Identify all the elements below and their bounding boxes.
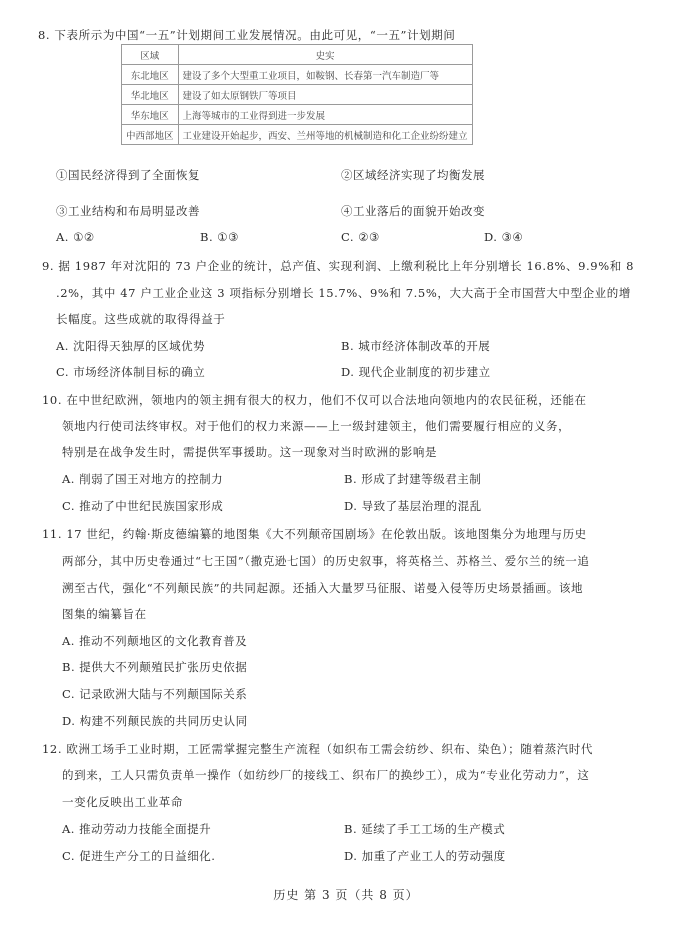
q10-option-c[interactable]: C. 推动了中世纪民族国家形成 [62,498,223,514]
table-cell-region: 华北地区 [122,85,179,105]
q11-option-d[interactable]: D. 构建不列颠民族的共同历史认同 [62,713,248,729]
page-footer: 历史 第 3 页（共 8 页） [0,886,692,903]
q8-statement-2: ②区域经济实现了均衡发展 [341,167,485,183]
q8-stem: 8. 下表所示为中国“一五”计划期间工业发展情况。由此可见，“一五”计划期间 [38,27,455,43]
q11-option-c[interactable]: C. 记录欧洲大陆与不列颠国际关系 [62,686,247,702]
q8-option-c[interactable]: C. ②③ [341,230,380,244]
q9-stem-line-2: .2%，其中 47 户工业企业这 3 项指标分别增长 15.7%、9%和 7.5… [56,285,631,301]
q12-stem-line-3: 一变化反映出工业革命 [62,794,183,810]
table-row: 华北地区 建设了如太原钢铁厂等项目 [122,85,473,105]
q10-option-a[interactable]: A. 削弱了国王对地方的控制力 [62,471,223,487]
q11-stem-line-1: 11. 17 世纪，约翰·斯皮德编纂的地图集《大不列颠帝国剧场》在伦敦出版。该地… [42,526,587,542]
q10-option-d[interactable]: D. 导致了基层治理的混乱 [344,498,482,514]
q8-statement-3: ③工业结构和布局明显改善 [56,203,200,219]
q10-stem-line-3: 特别是在战争发生时，需提供军事援助。这一现象对当时欧洲的影响是 [62,444,437,460]
q10-stem-line-2: 领地内行使司法终审权。对于他们的权力来源——上一级封建领主，他们需要履行相应的义… [62,418,570,434]
q12-option-d[interactable]: D. 加重了产业工人的劳动强度 [344,848,506,864]
q9-option-d[interactable]: D. 现代企业制度的初步建立 [341,364,491,380]
table-cell-region: 中西部地区 [122,125,179,145]
q11-stem-line-4: 图集的编纂旨在 [62,606,147,622]
q12-option-b[interactable]: B. 延续了手工工场的生产模式 [344,821,505,837]
table-row: 华东地区 上海等城市的工业得到进一步发展 [122,105,473,125]
q8-facts-table: 区域 史实 东北地区 建设了多个大型重工业项目，如鞍钢、长春第一汽车制造厂等 华… [121,44,473,145]
table-header-region: 区域 [122,45,179,65]
table-row: 中西部地区 工业建设开始起步，西安、兰州等地的机械制造和化工企业纷纷建立 [122,125,473,145]
table-cell-fact: 建设了多个大型重工业项目，如鞍钢、长春第一汽车制造厂等 [178,65,472,85]
q8-option-d[interactable]: D. ③④ [484,230,523,244]
q12-stem-line-2: 的到来，工人只需负责单一操作（如纺纱厂的接线工、织布厂的换纱工），成为“专业化劳… [62,767,590,783]
table-row: 东北地区 建设了多个大型重工业项目，如鞍钢、长春第一汽车制造厂等 [122,65,473,85]
q10-stem-line-1: 10. 在中世纪欧洲，领地内的领主拥有很大的权力，他们不仅可以合法地向领地内的农… [42,392,587,408]
q8-option-a[interactable]: A. ①② [56,230,95,244]
q10-option-b[interactable]: B. 形成了封建等级君主制 [344,471,481,487]
table-cell-fact: 工业建设开始起步，西安、兰州等地的机械制造和化工企业纷纷建立 [178,125,472,145]
q12-stem-line-1: 12. 欧洲工场手工业时期，工匠需掌握完整生产流程（如织布工需会纺纱、织布、染色… [42,741,593,757]
q11-option-a[interactable]: A. 推动不列颠地区的文化教育普及 [62,633,247,649]
q9-stem-line-3: 长幅度。这些成就的取得得益于 [56,311,225,327]
q11-stem-line-2: 两部分，其中历史卷通过“七王国”（撒克逊七国）的历史叙事，将英格兰、苏格兰、爱尔… [62,553,590,569]
q9-stem-line-1: 9. 据 1987 年对沈阳的 73 户企业的统计，总产值、实现利润、上缴利税比… [42,258,634,274]
table-header-facts: 史实 [178,45,472,65]
q9-option-b[interactable]: B. 城市经济体制改革的开展 [341,338,490,354]
table-cell-fact: 建设了如太原钢铁厂等项目 [178,85,472,105]
table-cell-region: 东北地区 [122,65,179,85]
q12-option-c[interactable]: C. 促进生产分工的日益细化. [62,848,215,864]
q12-option-a[interactable]: A. 推动劳动力技能全面提升 [62,821,211,837]
q9-option-a[interactable]: A. 沈阳得天独厚的区域优势 [56,338,205,354]
q8-option-b[interactable]: B. ①③ [200,230,239,244]
table-cell-region: 华东地区 [122,105,179,125]
q8-statement-4: ④工业落后的面貌开始改变 [341,203,485,219]
table-cell-fact: 上海等城市的工业得到进一步发展 [178,105,472,125]
table-header-row: 区域 史实 [122,45,473,65]
q8-statement-1: ①国民经济得到了全面恢复 [56,167,200,183]
q11-option-b[interactable]: B. 提供大不列颠殖民扩张历史依据 [62,659,247,675]
q9-option-c[interactable]: C. 市场经济体制目标的确立 [56,364,205,380]
q11-stem-line-3: 溯至古代，强化“不列颠民族”的共同起源。还插入大量罗马征服、诺曼入侵等历史场景插… [62,580,583,596]
